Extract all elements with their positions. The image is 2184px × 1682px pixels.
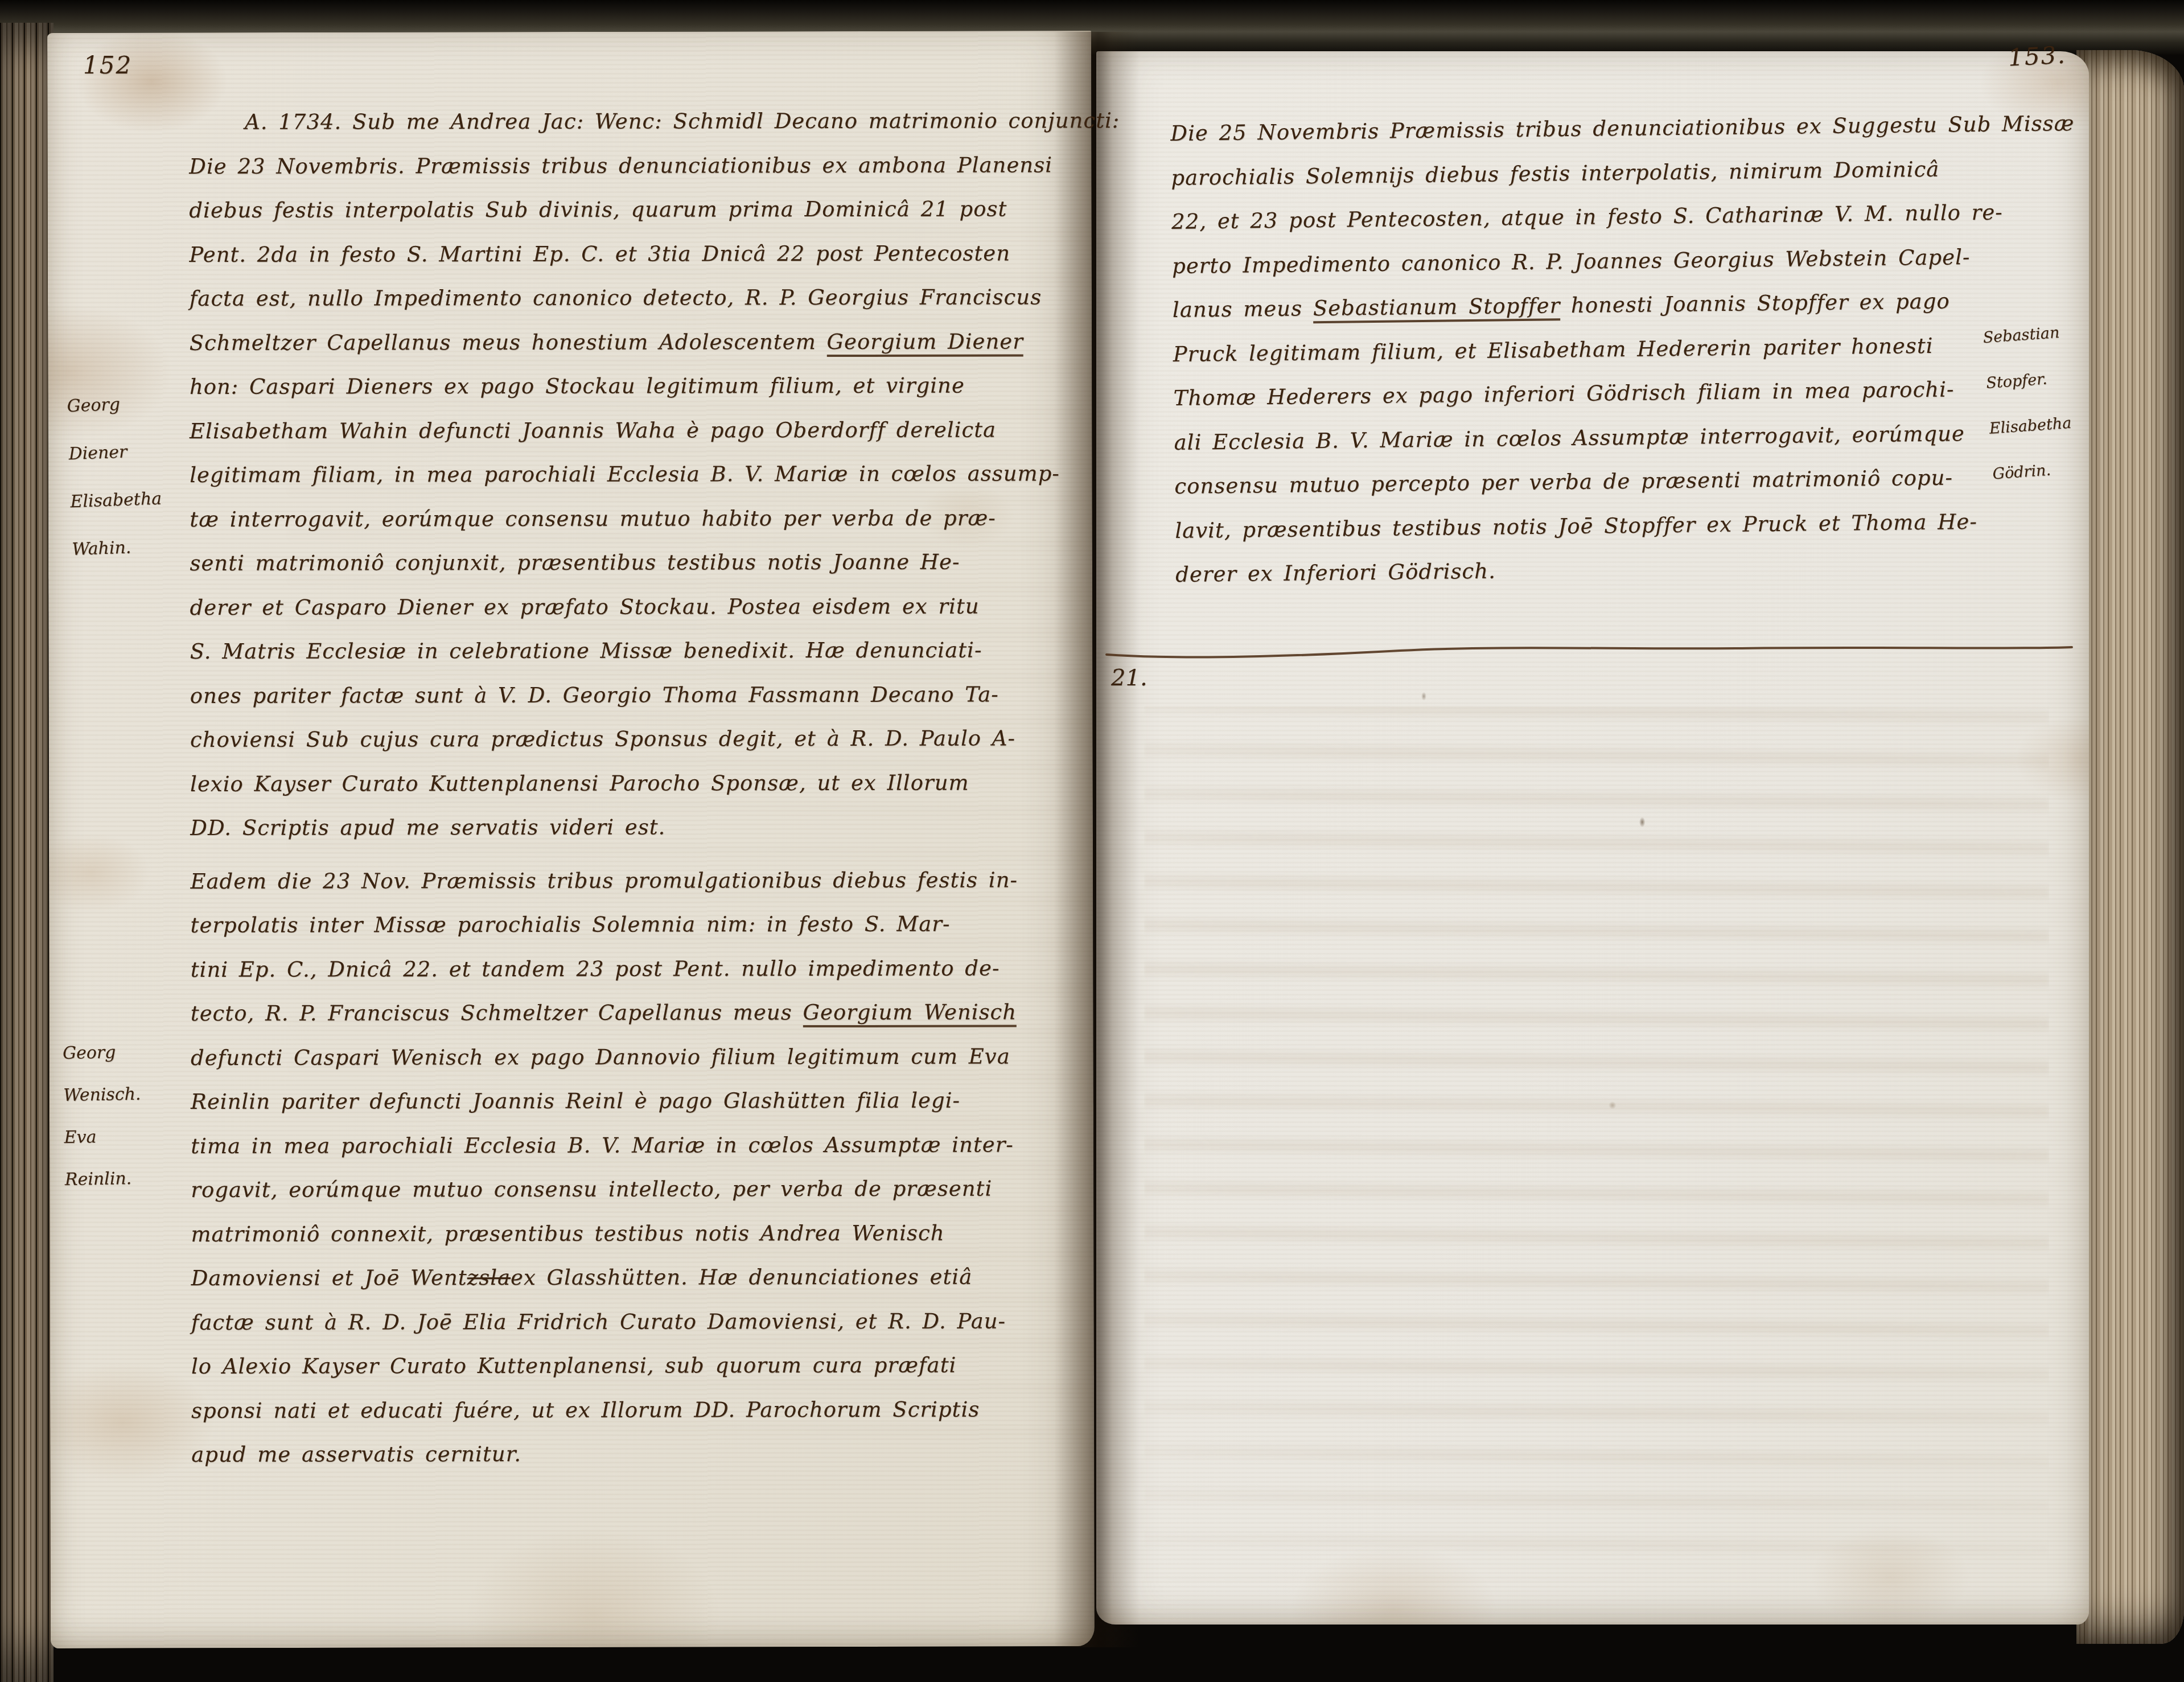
- manuscript-text-line: defuncti Caspari Wenisch ex pago Dannovi…: [191, 1034, 1096, 1080]
- text-segment: ex Glasshütten. Hæ denunciationes etiâ: [511, 1265, 972, 1290]
- manuscript-text-line: A. 1734. Sub me Andrea Jac: Wenc: Schmid…: [189, 98, 1094, 144]
- manuscript-text-line: diebus festis interpolatis Sub divinis, …: [189, 187, 1094, 232]
- section-mark: 21.: [1111, 665, 1147, 691]
- manuscript-text-line: Eva: [64, 1115, 201, 1159]
- underlined-name: Georgium Diener: [826, 329, 1023, 357]
- manuscript-text-line: rogavit, eorúmque mutuo consensu intelle…: [191, 1166, 1096, 1212]
- manuscript-text-line: lo Alexio Kayser Curato Kuttenplanensi, …: [191, 1343, 1096, 1388]
- manuscript-text-line: Reinlin.: [64, 1157, 201, 1201]
- text-segment: tecto, R. P. Franciscus Schmeltzer Capel…: [191, 1000, 803, 1026]
- manuscript-text-line: Wahin.: [71, 521, 209, 574]
- manuscript-text-line: tima in mea parochiali Ecclesia B. V. Ma…: [191, 1122, 1096, 1168]
- manuscript-text-line: senti matrimoniô conjunxit, præsentibus …: [190, 540, 1095, 585]
- manuscript-text-line: choviensi Sub cujus cura prædictus Spons…: [190, 716, 1095, 762]
- manuscript-text-line: Pent. 2da in festo S. Martini Ep. C. et …: [189, 231, 1094, 277]
- manuscript-text-line: Georg: [66, 378, 204, 430]
- manuscript-text-line: Die 23 Novembris. Præmissis tribus denun…: [189, 143, 1094, 188]
- manuscript-text-line: factæ sunt à R. D. Joē Elia Fridrich Cur…: [191, 1299, 1096, 1344]
- manuscript-text-line: Elisabetham Wahin defuncti Joannis Waha …: [190, 408, 1095, 453]
- manuscript-text-line: lexio Kayser Curato Kuttenplanensi Paroc…: [190, 760, 1095, 806]
- left-page-number: 152: [83, 51, 132, 79]
- entry-divider-line: [1104, 642, 2075, 661]
- marriage-entry-diener-wahin: A. 1734. Sub me Andrea Jac: Wenc: Schmid…: [189, 98, 1095, 850]
- manuscript-text-line: Eadem die 23 Nov. Præmissis tribus promu…: [190, 858, 1095, 903]
- manuscript-text-line: apud me asservatis cernitur.: [191, 1431, 1096, 1477]
- manuscript-text-line: Wenisch.: [63, 1072, 200, 1117]
- manuscript-text-line: tini Ep. C., Dnicâ 22. et tandem 23 post…: [191, 946, 1096, 992]
- manuscript-text-line: Reinlin pariter defuncti Joannis Reinl è…: [191, 1078, 1096, 1124]
- margin-note-wenisch-reinlin: GeorgWenisch.EvaReinlin.: [62, 1030, 201, 1201]
- manuscript-text-line: ones pariter factæ sunt à V. D. Georgio …: [190, 672, 1095, 718]
- manuscript-text-line: facta est, nullo Impedimento canonico de…: [190, 275, 1095, 320]
- margin-note-diener-wahin: GeorgDienerElisabethaWahin.: [66, 378, 209, 574]
- marriage-entry-wenisch-reinlin: Eadem die 23 Nov. Præmissis tribus promu…: [190, 858, 1096, 1477]
- left-page-text: A. 1734. Sub me Andrea Jac: Wenc: Schmid…: [189, 98, 1096, 1477]
- text-segment: honesti Joannis Stopffer ex pago: [1560, 289, 1950, 318]
- manuscript-text-line: hon: Caspari Dieners ex pago Stockau leg…: [190, 363, 1095, 409]
- manuscript-text-line: tecto, R. P. Franciscus Schmeltzer Capel…: [191, 990, 1096, 1035]
- manuscript-text-line: legitimam filiam, in mea parochiali Eccl…: [190, 451, 1095, 497]
- manuscript-text-line: Elisabetha: [69, 474, 208, 526]
- manuscript-text-line: Diener: [68, 426, 206, 478]
- manuscript-text-line: Schmeltzer Capellanus meus honestium Ado…: [190, 319, 1095, 365]
- manuscript-text-line: DD. Scriptis apud me servatis videri est…: [190, 804, 1095, 850]
- text-segment: Damoviensi et Joē Went: [191, 1265, 467, 1290]
- underlined-name: Georgium Wenisch: [803, 1000, 1017, 1027]
- manuscript-text-line: S. Matris Ecclesiæ in celebratione Missæ…: [190, 628, 1095, 673]
- manuscript-text-line: sponsi nati et educati fuére, ut ex Illo…: [191, 1387, 1096, 1433]
- manuscript-text-line: matrimoniô connexit, præsentibus testibu…: [191, 1211, 1096, 1256]
- manuscript-text-line: tæ interrogavit, eorúmque consensu mutuo…: [190, 496, 1095, 541]
- manuscript-text-line: Georg: [62, 1030, 199, 1075]
- manuscript-text-line: derer et Casparo Diener ex præfato Stock…: [190, 584, 1095, 630]
- right-page-bleedthrough: [1144, 706, 2049, 1582]
- text-segment: Schmeltzer Capellanus meus honestium Ado…: [190, 330, 827, 355]
- struck-text: zsla: [467, 1265, 511, 1290]
- text-segment: lanus meus: [1173, 296, 1313, 322]
- manuscript-text-line: terpolatis inter Missæ parochialis Solem…: [190, 902, 1095, 947]
- manuscript-scan: 152 GeorgDienerElisabethaWahin. GeorgWen…: [0, 0, 2184, 1682]
- manuscript-text-line: Damoviensi et Joē Wentzslaex Glasshütten…: [191, 1255, 1096, 1300]
- page-edge-stack-left: [0, 23, 54, 1682]
- right-page-number: 153.: [2008, 40, 2067, 71]
- hand-drawn-rule: [1104, 642, 2075, 661]
- page-edge-stack-right: [2076, 50, 2184, 1644]
- underlined-name: Sebastianum Stopffer: [1313, 293, 1561, 323]
- marriage-entry-stopffer-hederer: Die 25 Novembris Præmissis tribus denunc…: [1170, 101, 2072, 597]
